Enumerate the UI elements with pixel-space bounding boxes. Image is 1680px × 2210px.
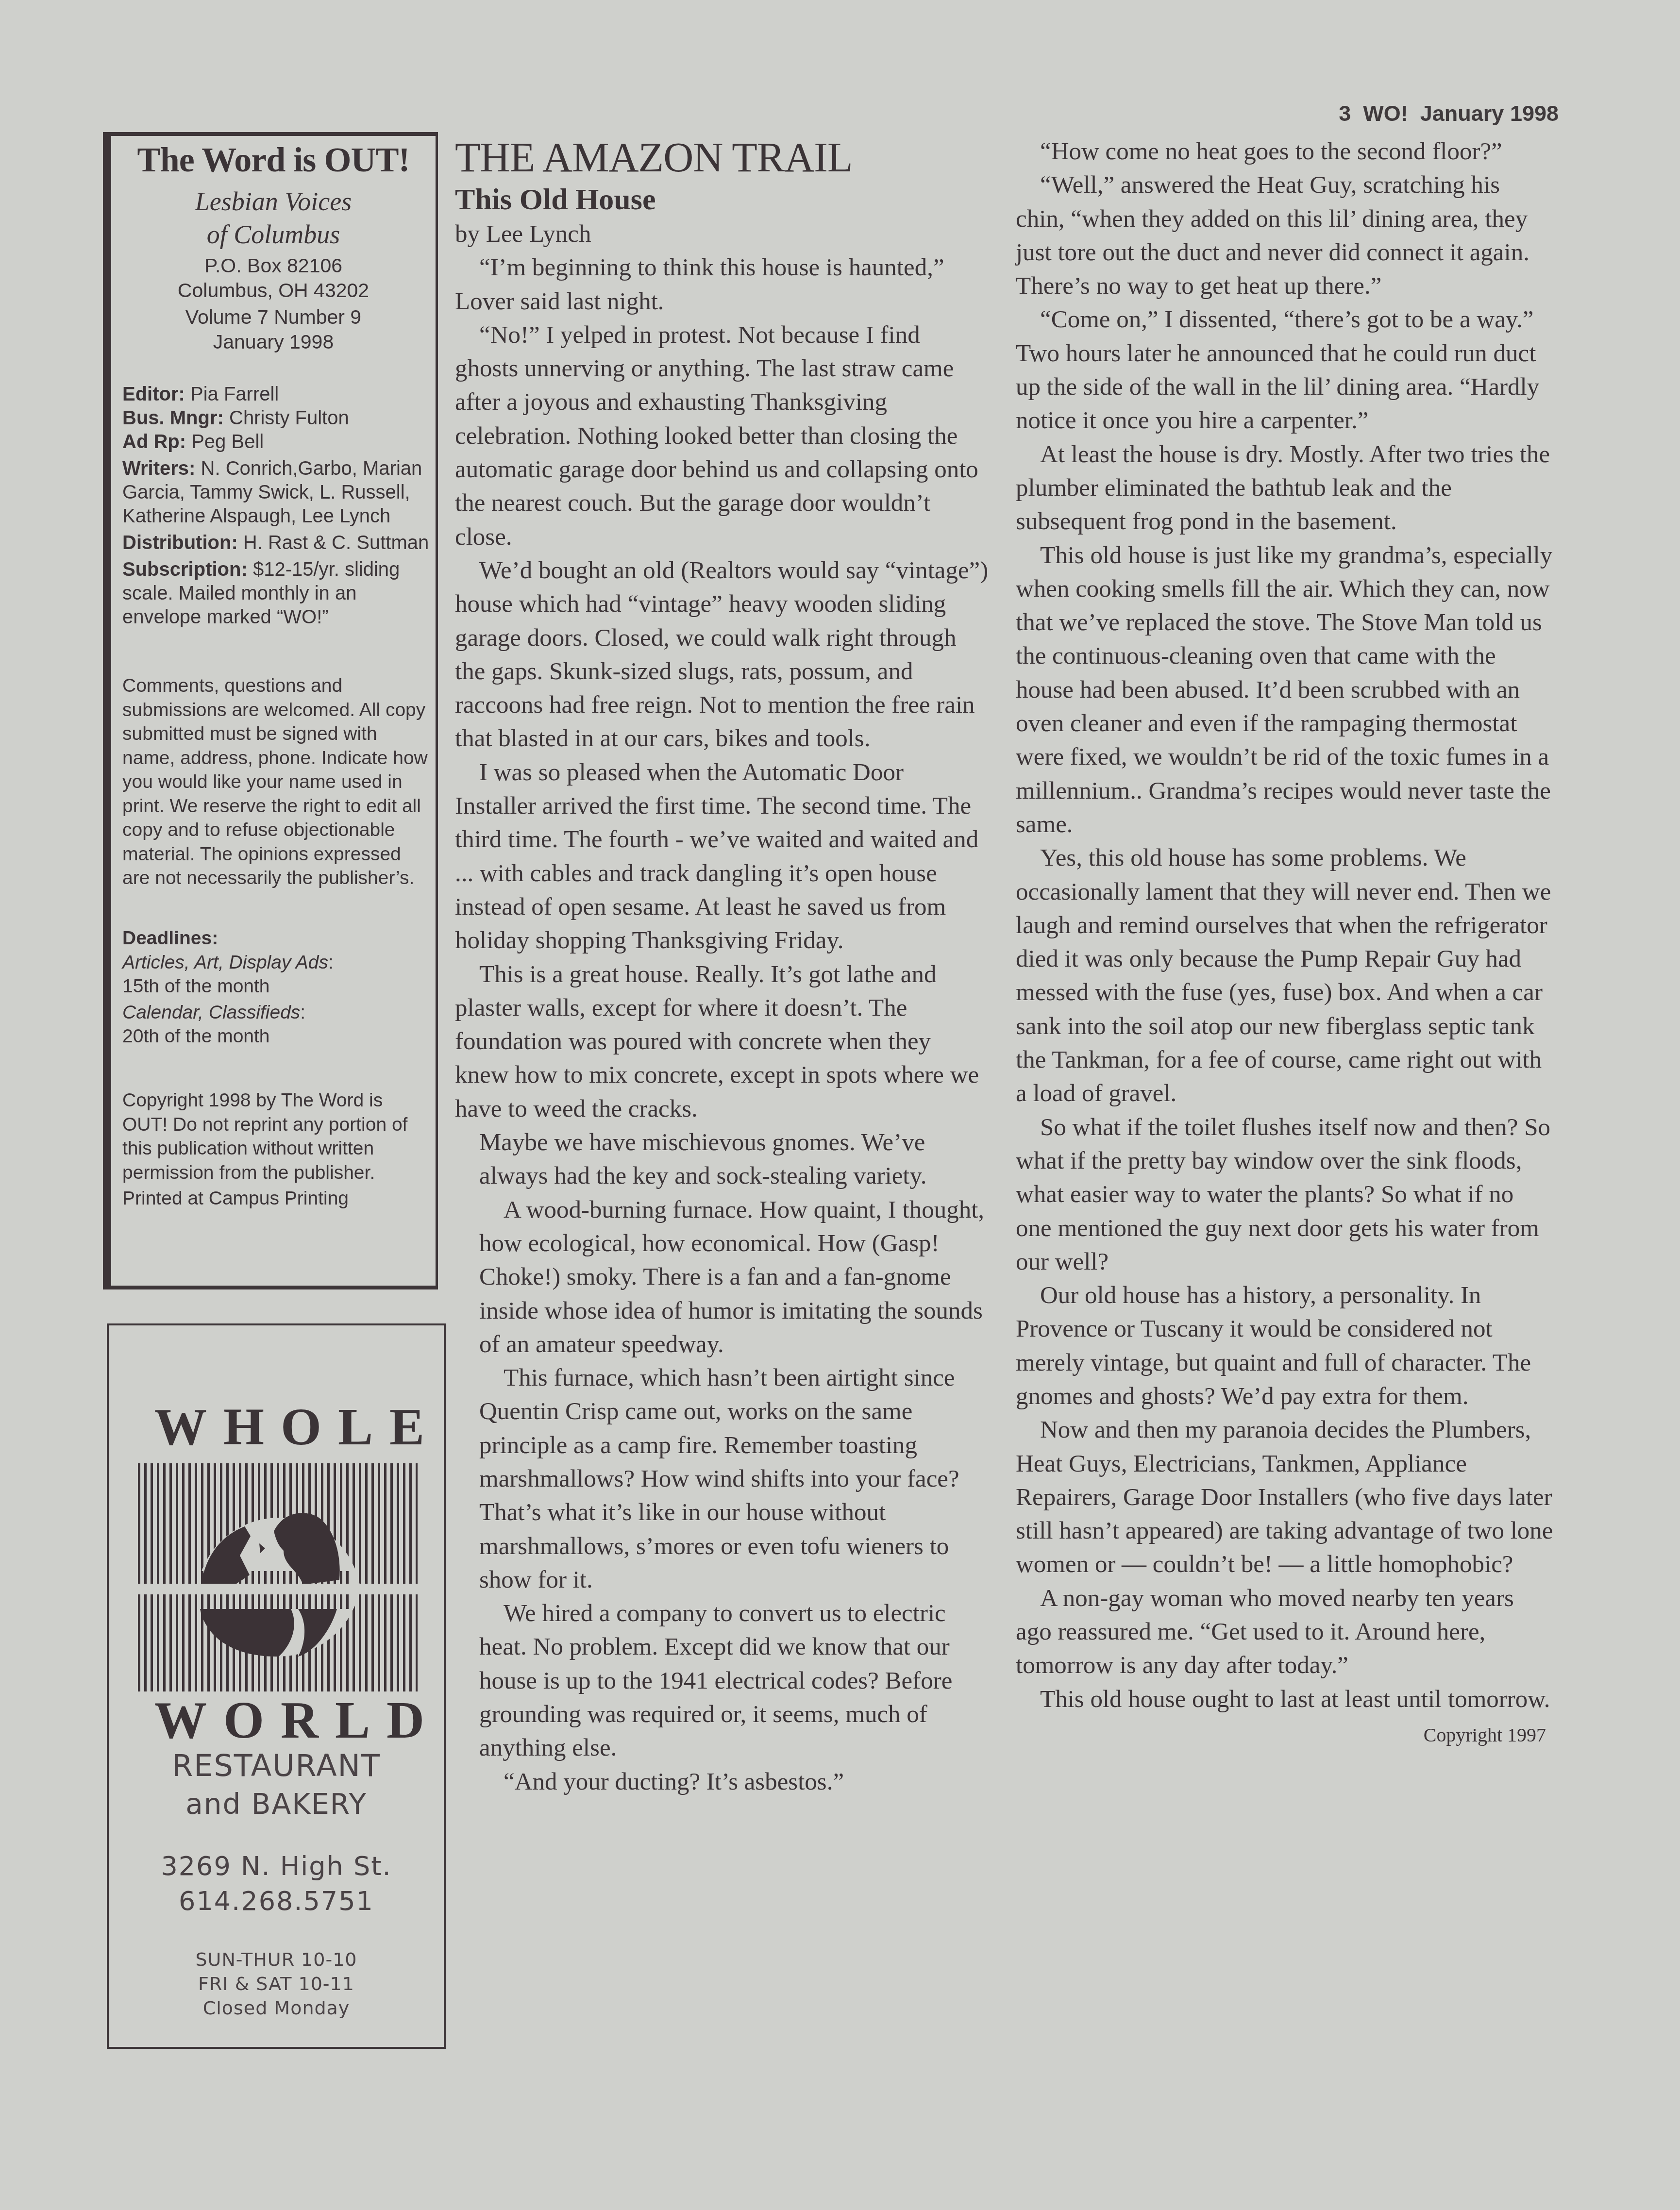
paragraph: We’d bought an old (Realtors would say “…: [455, 554, 989, 756]
deadline-2-label: Calendar, Classifieds: [122, 1002, 300, 1023]
page-number: 3: [1339, 101, 1351, 126]
paragraph: This old house is just like my grandma’s…: [1016, 539, 1555, 842]
article-column-2: “How come no heat goes to the second flo…: [1016, 135, 1555, 1752]
ad-name-bottom: WORLD: [138, 1691, 420, 1751]
masthead-box: The Word is OUT! Lesbian Voices of Colum…: [103, 132, 438, 1289]
article-byline: by Lee Lynch: [455, 218, 989, 251]
masthead-credits: Editor: Pia Farrell Bus. Mngr: Christy F…: [122, 383, 432, 629]
masthead-subtitle-2: of Columbus: [111, 219, 436, 250]
publication-short: WO!: [1363, 101, 1408, 126]
masthead-date: January 1998: [111, 331, 436, 353]
deadlines-heading: Deadlines:: [122, 926, 432, 951]
paragraph: Yes, this old house has some problems. W…: [1016, 841, 1555, 1110]
deadlines: Deadlines: Articles, Art, Display Ads: 1…: [122, 926, 432, 1049]
masthead-address-2: Columbus, OH 43202: [111, 279, 436, 302]
ad-address: 3269 N. High St.: [109, 1851, 444, 1881]
submissions-note: Comments, questions and submissions are …: [122, 674, 432, 890]
paragraph: “How come no heat goes to the second flo…: [1016, 135, 1555, 168]
paragraph: At least the house is dry. Mostly. After…: [1016, 438, 1555, 539]
paragraph: “And your ducting? It’s asbestos.”: [479, 1765, 989, 1799]
paragraph: So what if the toilet flushes itself now…: [1016, 1111, 1555, 1279]
credit-editor: Editor: Pia Farrell: [122, 383, 432, 406]
deadline-1-value: 15th of the month: [122, 974, 432, 999]
credit-writers: Writers: N. Conrich,Garbo, Marian Garcia…: [122, 457, 432, 528]
credit-subscription: Subscription: $12-15/yr. sliding scale. …: [122, 558, 432, 629]
column-title: THE AMAZON TRAIL: [455, 133, 989, 182]
ad-phone: 614.268.5751: [109, 1886, 444, 1916]
paragraph: “Well,” answered the Heat Guy, scratchin…: [1016, 168, 1555, 303]
paragraph: “Come on,” I dissented, “there’s got to …: [1016, 303, 1555, 437]
paragraph: Our old house has a history, a personali…: [1016, 1279, 1555, 1413]
paragraph: We hired a company to convert us to elec…: [479, 1597, 989, 1765]
whole-world-ad: WHOLE WORLD RESTAURANT and BAKERY: [107, 1323, 446, 2049]
paragraph: This is a great house. Really. It’s got …: [455, 958, 989, 1126]
deadline-1-label: Articles, Art, Display Ads: [122, 952, 328, 973]
article-indented-block: Maybe we have mischievous gnomes. We’ve …: [455, 1126, 989, 1799]
paragraph: A non-gay woman who moved nearby ten yea…: [1016, 1582, 1555, 1683]
masthead-subtitle-1: Lesbian Voices: [111, 186, 436, 217]
article-title: This Old House: [455, 182, 989, 218]
ad-line-restaurant: RESTAURANT: [109, 1748, 444, 1783]
paragraph-final: This old house ought to last at least un…: [1016, 1683, 1555, 1716]
paragraph: “No!” I yelped in protest. Not because I…: [455, 318, 989, 554]
issue-date: January 1998: [1420, 101, 1559, 126]
credit-bus-mngr: Bus. Mngr: Christy Fulton: [122, 406, 432, 430]
masthead-title: The Word is OUT!: [111, 140, 436, 180]
globe-with-stripes-icon: [138, 1463, 418, 1691]
article-column-1: THE AMAZON TRAIL This Old House by Lee L…: [455, 133, 989, 1799]
ad-name-top: WHOLE: [138, 1397, 420, 1457]
masthead-address-1: P.O. Box 82106: [111, 254, 436, 277]
printer: Printed at Campus Printing: [122, 1187, 432, 1211]
paragraph: This furnace, which hasn’t been airtight…: [479, 1361, 989, 1597]
ad-line-bakery: and BAKERY: [109, 1788, 444, 1821]
masthead-copyright: Copyright 1998 by The Word is OUT! Do no…: [122, 1088, 432, 1211]
paragraph: I was so pleased when the Automatic Door…: [455, 756, 989, 958]
masthead-volume: Volume 7 Number 9: [111, 306, 436, 329]
paragraph: “I’m beginning to think this house is ha…: [455, 251, 989, 318]
credit-ad-rep: Ad Rp: Peg Bell: [122, 430, 432, 454]
paragraph: A wood-burning furnace. How quaint, I th…: [479, 1193, 989, 1361]
paragraph: Now and then my paranoia decides the Plu…: [1016, 1413, 1555, 1581]
paragraph: Maybe we have mischievous gnomes. We’ve …: [479, 1126, 989, 1193]
ad-hours-2: FRI & SAT 10-11: [109, 1973, 444, 1994]
ad-hours-3: Closed Monday: [109, 1997, 444, 2019]
ad-hours-1: SUN-THUR 10-10: [109, 1949, 444, 1970]
deadline-2-value: 20th of the month: [122, 1024, 432, 1049]
article-copyright: Copyright 1997: [1399, 1718, 1546, 1752]
credit-distribution: Distribution: H. Rast & C. Suttman: [122, 531, 432, 555]
page-header: 3 WO! January 1998: [1262, 101, 1559, 126]
